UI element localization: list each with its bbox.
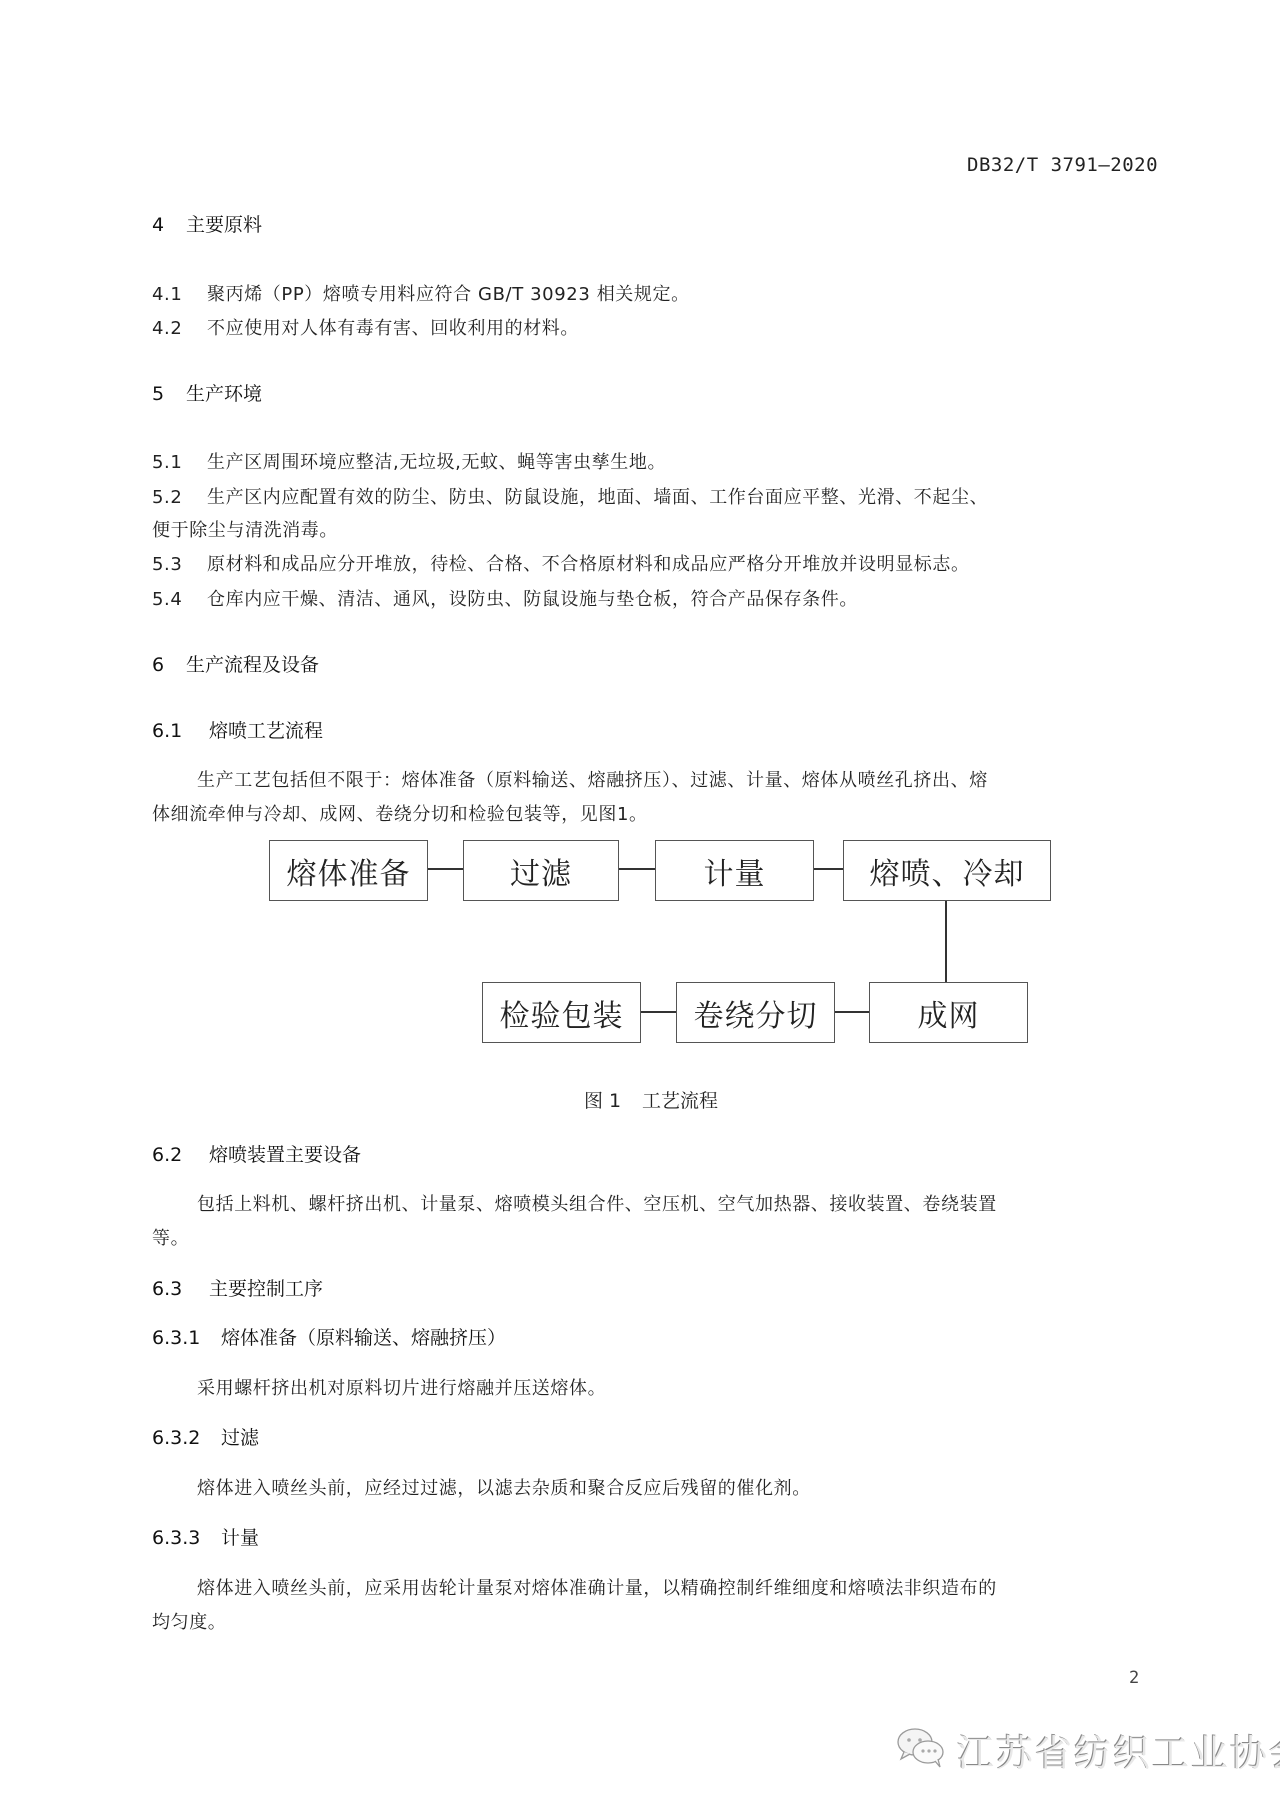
subsection-number: 6.2 [152, 1144, 209, 1166]
section-number: 6 [152, 654, 186, 676]
subsection-title: 熔喷装置主要设备 [209, 1144, 361, 1166]
flow-node-filtration: 过滤 [463, 840, 619, 901]
figure-number: 图 1 [584, 1086, 642, 1113]
flow-connector [640, 1011, 676, 1013]
clause-text: 生产区内应配置有效的防尘、防虫、防鼠设施，地面、墙面、工作台面应平整、光滑、不起… [207, 487, 988, 508]
section-title: 生产环境 [186, 383, 262, 405]
section-number: 4 [152, 214, 186, 236]
flow-node-winding-slitting: 卷绕分切 [676, 982, 835, 1043]
subsection-number: 6.3 [152, 1278, 209, 1300]
subsection-6-3-1-heading: 6.3.1熔体准备（原料输送、熔融挤压） [152, 1323, 506, 1350]
figure-caption: 图 1工艺流程 [584, 1086, 718, 1113]
clause-number: 4.2 [152, 318, 207, 339]
subsection-title: 过滤 [221, 1427, 259, 1449]
clause-number: 5.4 [152, 589, 207, 610]
flow-connector-vertical [945, 901, 947, 982]
flow-connector [619, 868, 655, 870]
subsection-title: 计量 [221, 1527, 259, 1549]
section-6-heading: 6生产流程及设备 [152, 650, 319, 677]
flow-connector [428, 868, 463, 870]
clause-number: 4.1 [152, 284, 207, 305]
paragraph-6-1-line1: 生产工艺包括但不限于：熔体准备（原料输送、熔融挤压）、过滤、计量、熔体从喷丝孔挤… [197, 766, 988, 792]
clause-text: 不应使用对人体有毒有害、回收利用的材料。 [207, 318, 579, 339]
subsection-6-3-2-heading: 6.3.2过滤 [152, 1423, 259, 1450]
paragraph-6-3-3-line2: 均匀度。 [152, 1608, 226, 1634]
paragraph-6-2-line2: 等。 [152, 1224, 189, 1250]
subsection-title: 熔喷工艺流程 [209, 720, 323, 742]
figure-title: 工艺流程 [642, 1090, 718, 1112]
flow-node-meltblown-cooling: 熔喷、冷却 [843, 840, 1051, 901]
section-4-heading: 4主要原料 [152, 210, 262, 237]
clause-text: 仓库内应干燥、清洁、通风，设防虫、防鼠设施与垫仓板，符合产品保存条件。 [207, 589, 858, 610]
clause-text: 生产区周围环境应整洁,无垃圾,无蚊、蝇等害虫孳生地。 [207, 452, 666, 473]
paragraph-6-1-line2: 体细流牵伸与冷却、成网、卷绕分切和检验包装等，见图1。 [152, 800, 648, 826]
section-5-heading: 5生产环境 [152, 379, 262, 406]
paragraph-6-3-3-line1: 熔体进入喷丝头前，应采用齿轮计量泵对熔体准确计量，以精确控制纤维细度和熔喷法非织… [197, 1574, 997, 1600]
subsection-title: 主要控制工序 [209, 1278, 323, 1300]
watermark-text: 江苏省纺织工业协会 [957, 1723, 1280, 1777]
flow-node-web-forming: 成网 [869, 982, 1028, 1043]
flow-connector [834, 1011, 869, 1013]
flow-connector [814, 868, 843, 870]
clause-5-4: 5.4仓库内应干燥、清洁、通风，设防虫、防鼠设施与垫仓板，符合产品保存条件。 [152, 585, 858, 611]
subsection-number: 6.1 [152, 720, 209, 742]
section-number: 5 [152, 383, 186, 405]
paragraph-6-2-line1: 包括上料机、螺杆挤出机、计量泵、熔喷模头组合件、空压机、空气加热器、接收装置、卷… [197, 1190, 997, 1216]
section-title: 主要原料 [186, 214, 262, 236]
subsection-6-1-heading: 6.1熔喷工艺流程 [152, 716, 323, 743]
subsection-6-2-heading: 6.2熔喷装置主要设备 [152, 1140, 361, 1167]
paragraph-6-3-1: 采用螺杆挤出机对原料切片进行熔融并压送熔体。 [197, 1374, 606, 1400]
clause-5-1: 5.1生产区周围环境应整洁,无垃圾,无蚊、蝇等害虫孳生地。 [152, 448, 666, 474]
subsection-title: 熔体准备（原料输送、熔融挤压） [221, 1327, 506, 1349]
flow-node-melt-preparation: 熔体准备 [269, 840, 428, 901]
section-title: 生产流程及设备 [186, 654, 319, 676]
document-id: DB32/T 3791—2020 [967, 154, 1158, 176]
subsection-number: 6.3.1 [152, 1327, 221, 1349]
subsection-6-3-3-heading: 6.3.3计量 [152, 1523, 259, 1550]
clause-4-1: 4.1聚丙烯（PP）熔喷专用料应符合 GB/T 30923 相关规定。 [152, 280, 690, 306]
clause-number: 5.3 [152, 554, 207, 575]
page-number: 2 [1129, 1668, 1139, 1688]
clause-number: 5.1 [152, 452, 207, 473]
clause-text: 聚丙烯（PP）熔喷专用料应符合 GB/T 30923 相关规定。 [207, 284, 690, 305]
clause-number: 5.2 [152, 487, 207, 508]
subsection-6-3-heading: 6.3主要控制工序 [152, 1274, 323, 1301]
watermark: 江苏省纺织工业协会 [895, 1723, 1280, 1777]
flow-node-inspection-packing: 检验包装 [482, 982, 641, 1043]
clause-5-2: 5.2生产区内应配置有效的防尘、防虫、防鼠设施，地面、墙面、工作台面应平整、光滑… [152, 483, 988, 509]
paragraph-6-3-2: 熔体进入喷丝头前，应经过过滤，以滤去杂质和聚合反应后残留的催化剂。 [197, 1474, 811, 1500]
clause-5-2-continued: 便于除尘与清洗消毒。 [152, 516, 338, 542]
flow-node-metering: 计量 [655, 840, 814, 901]
wechat-icon [895, 1726, 947, 1774]
subsection-number: 6.3.3 [152, 1527, 221, 1549]
clause-4-2: 4.2不应使用对人体有毒有害、回收利用的材料。 [152, 314, 579, 340]
clause-text: 原材料和成品应分开堆放，待检、合格、不合格原材料和成品应严格分开堆放并设明显标志… [207, 554, 970, 575]
clause-5-3: 5.3原材料和成品应分开堆放，待检、合格、不合格原材料和成品应严格分开堆放并设明… [152, 550, 970, 576]
subsection-number: 6.3.2 [152, 1427, 221, 1449]
